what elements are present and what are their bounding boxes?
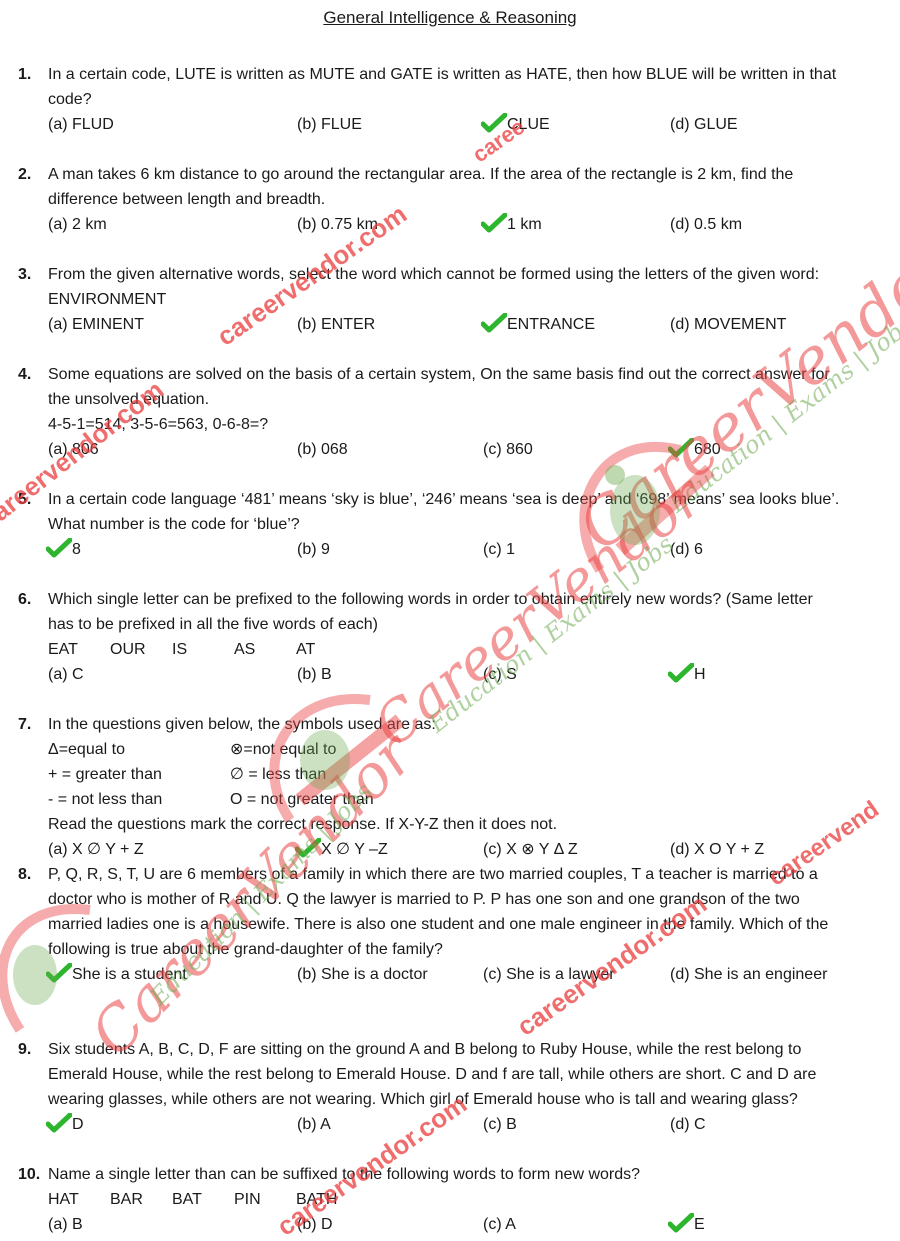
question-number: 10. bbox=[18, 1162, 40, 1187]
option-label: (b) D bbox=[297, 1216, 333, 1233]
question-5: 5.In a certain code language ‘481’ means… bbox=[18, 487, 890, 562]
checkmark-icon bbox=[48, 965, 70, 981]
question-number: 5. bbox=[18, 487, 31, 512]
option-b[interactable]: (b) B bbox=[297, 662, 332, 687]
option-c[interactable]: (c) 860 bbox=[483, 437, 533, 462]
option-b[interactable]: (b) 0.75 km bbox=[297, 212, 378, 237]
page-title: General Intelligence & Reasoning bbox=[0, 8, 900, 28]
symbol-definition: ∅ = less than bbox=[230, 762, 326, 787]
option-label: (c) She is a lawyer bbox=[483, 966, 615, 983]
word-item: AT bbox=[296, 637, 315, 662]
option-label: (d) She is an engineer bbox=[670, 966, 827, 983]
option-c[interactable]: ENTRANCE bbox=[483, 312, 595, 337]
option-label: (a) 806 bbox=[48, 441, 99, 458]
option-d[interactable]: (d) GLUE bbox=[670, 112, 738, 137]
question-9: 9.Six students A, B, C, D, F are sitting… bbox=[18, 1037, 890, 1137]
option-b[interactable]: (b) ENTER bbox=[297, 312, 375, 337]
options-row: (a) 806(b) 068(c) 860680 bbox=[48, 437, 890, 462]
option-label: (b) 9 bbox=[297, 541, 330, 558]
option-label: D bbox=[72, 1116, 84, 1133]
question-text: P, Q, R, S, T, U are 6 members of a fami… bbox=[48, 862, 890, 887]
option-a[interactable]: (a) C bbox=[48, 662, 84, 687]
symbol-definition: - = not less than bbox=[48, 787, 162, 812]
option-label: H bbox=[694, 666, 706, 683]
options-row: D(b) A(c) B(d) C bbox=[48, 1112, 890, 1137]
question-number: 6. bbox=[18, 587, 31, 612]
option-label: (a) B bbox=[48, 1216, 83, 1233]
option-a[interactable]: D bbox=[48, 1112, 84, 1137]
document-page: General Intelligence & Reasoning 1.In a … bbox=[0, 0, 900, 1241]
option-d[interactable]: (d) C bbox=[670, 1112, 706, 1137]
option-c[interactable]: (c) She is a lawyer bbox=[483, 962, 615, 987]
options-row: (a) B(b) D(c) AE bbox=[48, 1212, 890, 1237]
option-label: CLUE bbox=[507, 116, 550, 133]
option-c[interactable]: 1 km bbox=[483, 212, 542, 237]
question-text: From the given alternative words, select… bbox=[48, 262, 890, 287]
option-label: (d) GLUE bbox=[670, 116, 738, 133]
symbol-definition: Δ=equal to bbox=[48, 737, 125, 762]
option-d[interactable]: (d) 0.5 km bbox=[670, 212, 742, 237]
option-b[interactable]: (b) FLUE bbox=[297, 112, 362, 137]
option-d[interactable]: (d) MOVEMENT bbox=[670, 312, 786, 337]
question-text: 4-5-1=514, 3-5-6=563, 0-6-8=? bbox=[48, 412, 890, 437]
option-label: ENTRANCE bbox=[507, 316, 595, 333]
option-a[interactable]: (a) X ∅ Y + Z bbox=[48, 837, 144, 862]
question-text: married ladies one is a housewife. There… bbox=[48, 912, 890, 937]
option-a[interactable]: (a) EMINENT bbox=[48, 312, 144, 337]
question-text: A man takes 6 km distance to go around t… bbox=[48, 162, 890, 187]
symbol-legend-row: Δ=equal to⊗=not equal to bbox=[48, 737, 890, 762]
question-text: What number is the code for ‘blue’? bbox=[48, 512, 890, 537]
question-text: ENVIRONMENT bbox=[48, 287, 890, 312]
question-number: 1. bbox=[18, 62, 31, 87]
question-number: 7. bbox=[18, 712, 31, 737]
option-label: X ∅ Y –Z bbox=[321, 841, 388, 858]
question-text: Which single letter can be prefixed to t… bbox=[48, 587, 890, 612]
options-row: (a) C(b) B(c) SH bbox=[48, 662, 890, 687]
question-10: 10.Name a single letter than can be suff… bbox=[18, 1162, 890, 1237]
option-label: (b) A bbox=[297, 1116, 331, 1133]
question-text: In a certain code language ‘481’ means ‘… bbox=[48, 487, 890, 512]
word-item: AS bbox=[234, 637, 255, 662]
word-item: BAT bbox=[172, 1187, 202, 1212]
word-item: EAT bbox=[48, 637, 78, 662]
option-a[interactable]: (a) FLUD bbox=[48, 112, 114, 137]
word-list: EATOURISASAT bbox=[48, 637, 890, 662]
option-a[interactable]: 8 bbox=[48, 537, 81, 562]
option-d[interactable]: (d) 6 bbox=[670, 537, 703, 562]
option-c[interactable]: CLUE bbox=[483, 112, 550, 137]
option-label: (a) FLUD bbox=[48, 116, 114, 133]
option-label: (c) 1 bbox=[483, 541, 515, 558]
option-label: (b) She is a doctor bbox=[297, 966, 428, 983]
question-text: difference between length and breadth. bbox=[48, 187, 890, 212]
option-label: (a) 2 km bbox=[48, 216, 107, 233]
option-label: (d) MOVEMENT bbox=[670, 316, 786, 333]
option-d[interactable]: (d) She is an engineer bbox=[670, 962, 827, 987]
word-item: IS bbox=[172, 637, 187, 662]
option-label: (c) S bbox=[483, 666, 517, 683]
checkmark-icon bbox=[670, 665, 692, 681]
option-d[interactable]: (d) X O Y + Z bbox=[670, 837, 764, 862]
option-label: (a) EMINENT bbox=[48, 316, 144, 333]
question-1: 1.In a certain code, LUTE is written as … bbox=[18, 62, 890, 137]
option-d[interactable]: 680 bbox=[670, 437, 721, 462]
question-number: 4. bbox=[18, 362, 31, 387]
question-text: wearing glasses, while others are not we… bbox=[48, 1087, 890, 1112]
symbol-legend-row: - = not less thanO = not greater than bbox=[48, 787, 890, 812]
option-label: E bbox=[694, 1216, 705, 1233]
option-b[interactable]: (b) She is a doctor bbox=[297, 962, 428, 987]
options-row: 8(b) 9(c) 1(d) 6 bbox=[48, 537, 890, 562]
question-text: In a certain code, LUTE is written as MU… bbox=[48, 62, 890, 87]
option-c[interactable]: (c) 1 bbox=[483, 537, 515, 562]
question-text: has to be prefixed in all the five words… bbox=[48, 612, 890, 637]
option-label: (c) X ⊗ Y Δ Z bbox=[483, 841, 578, 858]
option-b[interactable]: X ∅ Y –Z bbox=[297, 837, 388, 862]
question-text: code? bbox=[48, 87, 890, 112]
word-list: HATBARBATPINBATH bbox=[48, 1187, 890, 1212]
question-number: 9. bbox=[18, 1037, 31, 1062]
option-label: (d) C bbox=[670, 1116, 706, 1133]
option-c[interactable]: (c) S bbox=[483, 662, 517, 687]
question-text: following is true about the grand-daught… bbox=[48, 937, 890, 962]
checkmark-icon bbox=[483, 215, 505, 231]
option-label: 1 km bbox=[507, 216, 542, 233]
option-label: She is a student bbox=[72, 966, 187, 983]
question-text: In the questions given below, the symbol… bbox=[48, 712, 890, 737]
checkmark-icon bbox=[670, 1215, 692, 1231]
option-a[interactable]: (a) 2 km bbox=[48, 212, 107, 237]
option-label: (c) A bbox=[483, 1216, 516, 1233]
word-item: OUR bbox=[110, 637, 146, 662]
question-3: 3.From the given alternative words, sele… bbox=[18, 262, 890, 337]
symbol-definition: ⊗=not equal to bbox=[230, 737, 336, 762]
checkmark-icon bbox=[297, 840, 319, 856]
option-b[interactable]: (b) 068 bbox=[297, 437, 348, 462]
symbol-definition: + = greater than bbox=[48, 762, 162, 787]
question-number: 3. bbox=[18, 262, 31, 287]
option-label: 680 bbox=[694, 441, 721, 458]
option-a[interactable]: (a) B bbox=[48, 1212, 83, 1237]
option-label: (a) X ∅ Y + Z bbox=[48, 841, 144, 858]
question-text: Six students A, B, C, D, F are sitting o… bbox=[48, 1037, 890, 1062]
question-text: Read the questions mark the correct resp… bbox=[48, 812, 890, 837]
option-label: (b) FLUE bbox=[297, 116, 362, 133]
options-row: (a) X ∅ Y + ZX ∅ Y –Z(c) X ⊗ Y Δ Z(d) X … bbox=[48, 837, 890, 862]
option-label: (b) B bbox=[297, 666, 332, 683]
symbol-definition: O = not greater than bbox=[230, 787, 374, 812]
question-7: 7.In the questions given below, the symb… bbox=[18, 712, 890, 862]
question-4: 4.Some equations are solved on the basis… bbox=[18, 362, 890, 462]
option-label: (b) 068 bbox=[297, 441, 348, 458]
option-d[interactable]: H bbox=[670, 662, 706, 687]
option-c[interactable]: (c) X ⊗ Y Δ Z bbox=[483, 837, 578, 862]
options-row: (a) FLUD(b) FLUECLUE(d) GLUE bbox=[48, 112, 890, 137]
option-c[interactable]: (c) A bbox=[483, 1212, 516, 1237]
question-8: 8.P, Q, R, S, T, U are 6 members of a fa… bbox=[18, 862, 890, 987]
option-label: (c) B bbox=[483, 1116, 517, 1133]
question-6: 6.Which single letter can be prefixed to… bbox=[18, 587, 890, 687]
checkmark-icon bbox=[48, 1115, 70, 1131]
question-text: Some equations are solved on the basis o… bbox=[48, 362, 890, 387]
option-c[interactable]: (c) B bbox=[483, 1112, 517, 1137]
option-b[interactable]: (b) 9 bbox=[297, 537, 330, 562]
question-2: 2.A man takes 6 km distance to go around… bbox=[18, 162, 890, 237]
option-b[interactable]: (b) D bbox=[297, 1212, 333, 1237]
option-label: (b) 0.75 km bbox=[297, 216, 378, 233]
option-label: (b) ENTER bbox=[297, 316, 375, 333]
word-item: BAR bbox=[110, 1187, 143, 1212]
option-label: (d) 6 bbox=[670, 541, 703, 558]
checkmark-icon bbox=[483, 315, 505, 331]
option-label: (d) 0.5 km bbox=[670, 216, 742, 233]
option-label: (d) X O Y + Z bbox=[670, 841, 764, 858]
question-number: 8. bbox=[18, 862, 31, 887]
checkmark-icon bbox=[48, 540, 70, 556]
word-item: BATH bbox=[296, 1187, 337, 1212]
question-text: Emerald House, while the rest belong to … bbox=[48, 1062, 890, 1087]
symbol-legend-row: + = greater than∅ = less than bbox=[48, 762, 890, 787]
checkmark-icon bbox=[670, 440, 692, 456]
question-text: the unsolved equation. bbox=[48, 387, 890, 412]
word-item: HAT bbox=[48, 1187, 79, 1212]
checkmark-icon bbox=[483, 115, 505, 131]
question-text: doctor who is mother of R and U. Q the l… bbox=[48, 887, 890, 912]
option-label: 8 bbox=[72, 541, 81, 558]
option-a[interactable]: She is a student bbox=[48, 962, 187, 987]
options-row: (a) EMINENT(b) ENTERENTRANCE(d) MOVEMENT bbox=[48, 312, 890, 337]
option-label: (c) 860 bbox=[483, 441, 533, 458]
word-item: PIN bbox=[234, 1187, 261, 1212]
options-row: (a) 2 km(b) 0.75 km1 km(d) 0.5 km bbox=[48, 212, 890, 237]
options-row: She is a student(b) She is a doctor(c) S… bbox=[48, 962, 890, 987]
option-label: (a) C bbox=[48, 666, 84, 683]
question-number: 2. bbox=[18, 162, 31, 187]
option-b[interactable]: (b) A bbox=[297, 1112, 331, 1137]
option-a[interactable]: (a) 806 bbox=[48, 437, 99, 462]
question-text: Name a single letter than can be suffixe… bbox=[48, 1162, 890, 1187]
option-d[interactable]: E bbox=[670, 1212, 705, 1237]
